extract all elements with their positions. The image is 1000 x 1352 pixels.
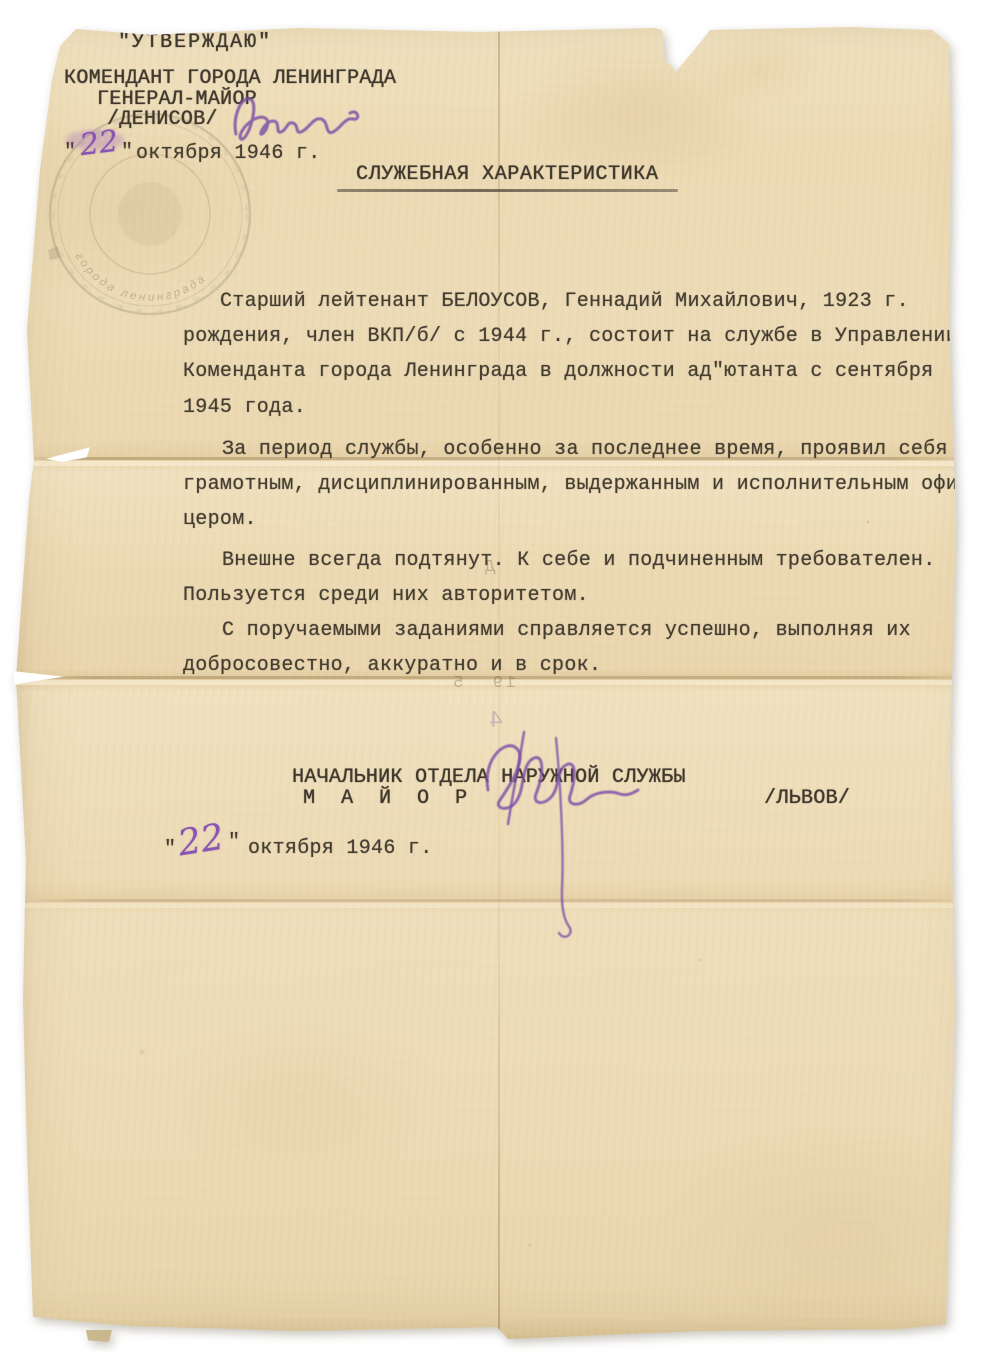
lvov-signature (460, 728, 655, 943)
body-p1-line2: рождения, член ВКП/б/ с 1944 г., состоит… (183, 325, 958, 349)
fold-highlight-3 (14, 903, 972, 908)
title-underline (337, 189, 678, 192)
signoff-rank-line: М А Й О Р (303, 787, 474, 811)
scan-background: города ленинграда "УТВЕРЖДАЮ" КОМЕНДАНТ … (0, 0, 1000, 1352)
body-p2-line2: грамотным, дисциплинированным, выдержанн… (183, 473, 970, 497)
svg-text:города ленинграда: города ленинграда (73, 251, 210, 304)
bleed-through-mark: 4 (486, 708, 503, 735)
signoff-date-close-quote: " (228, 831, 240, 855)
paper-fragment (86, 1330, 112, 1342)
body-p1-line3: Коменданта города Ленинграда в должности… (183, 360, 933, 384)
body-p2-line3: цером. (183, 508, 257, 532)
fold-highlight-2 (14, 680, 972, 685)
document-title: СЛУЖЕБНАЯ ХАРАКТЕРИСТИКА (356, 163, 658, 187)
signoff-date-open-quote: " (164, 838, 176, 862)
approval-date-open-quote: " (64, 141, 76, 165)
body-p4-line1: С поручаемыми заданиями справляется успе… (222, 619, 911, 643)
signoff-name: /ЛЬВОВ/ (764, 787, 850, 811)
approval-name-line: /ДЕНИСОВ/ (107, 108, 218, 132)
vertical-crease (498, 26, 500, 1340)
fold-line-3 (14, 899, 972, 902)
body-p3-line1: Внешне всегда подтянут. К себе и подчине… (222, 549, 936, 573)
stamp-arc-text: города ленинграда (73, 251, 210, 304)
stamp-star (48, 246, 60, 260)
body-p1-line4: 1945 года. (183, 396, 306, 420)
approval-date-text: октября 1946 г. (136, 142, 321, 166)
approval-date-close-quote: " (121, 141, 133, 165)
body-p3-line2: Пользуется среди них авторитетом. (183, 584, 589, 608)
body-p2-line1: За период службы, особенно за последнее … (222, 438, 948, 462)
body-p4-line2: добросовестно, аккуратно и в срок. (183, 654, 601, 678)
handwritten-day-bottom: 22 (175, 817, 227, 865)
document-paper: города ленинграда "УТВЕРЖДАЮ" КОМЕНДАНТ … (0, 0, 1000, 1352)
body-p1-line1: Старший лейтенант БЕЛОУСОВ, Геннадий Мих… (220, 290, 909, 314)
signoff-date-text: октября 1946 г. (248, 837, 433, 861)
approval-label: "УТВЕРЖДАЮ" (118, 31, 272, 55)
handwritten-day-top: 22 (78, 124, 120, 163)
